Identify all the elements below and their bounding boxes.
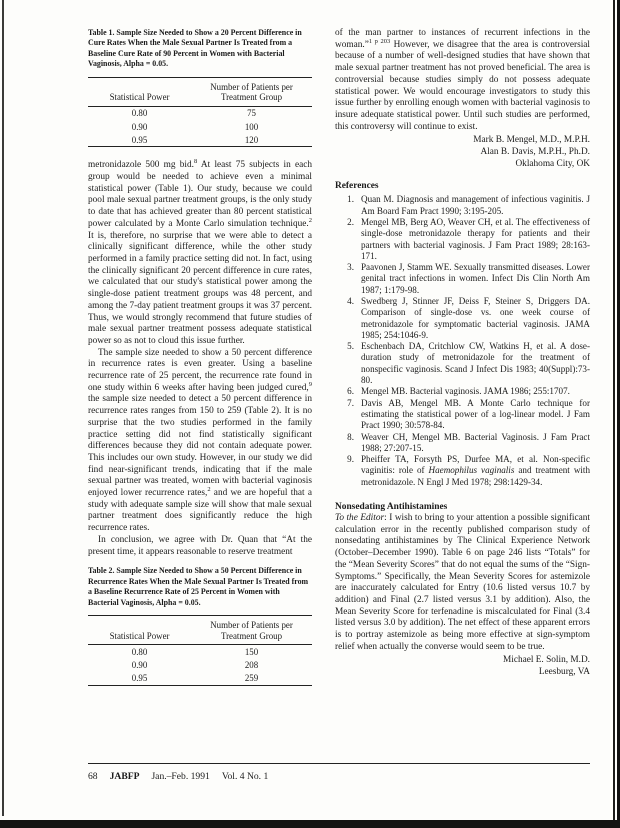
references-heading: References — [335, 180, 590, 192]
table-row: 0.80 75 — [88, 106, 312, 120]
letter-1-signature: Mark B. Mengel, M.D., M.P.H. Alan B. Dav… — [335, 134, 590, 170]
table-1-cell: 0.90 — [88, 120, 191, 133]
table-2-cell: 208 — [191, 658, 312, 671]
scan-edge-bottom — [0, 820, 620, 828]
reference-item: 6. Mengel MB. Bacterial vaginosis. JAMA … — [335, 386, 590, 397]
to-the-editor-lead: To the Editor — [335, 513, 384, 523]
table-row: 0.90 100 — [88, 120, 312, 133]
paragraph-text: At least 75 subjects in each group would… — [88, 160, 312, 229]
table-2-col2-header: Number of Patients per Treatment Group — [191, 615, 312, 644]
reference-number: 2. — [339, 217, 354, 262]
paragraph-text: The sample size needed to show a 50 perc… — [88, 348, 312, 393]
scan-edge-right — [613, 0, 620, 820]
reference-item: 9. Pheiffer TA, Forsyth PS, Durfee MA, e… — [335, 454, 590, 488]
signature-location: Leesburg, VA — [335, 666, 590, 678]
table-row: 0.95 120 — [88, 133, 312, 147]
reference-number: 8. — [339, 432, 354, 455]
reference-text: Swedberg J, Stinner JF, Deiss F, Steiner… — [361, 296, 590, 341]
reference-item: 7. Davis AB, Mengel MB. A Monte Carlo te… — [335, 398, 590, 432]
table-2-cell: 0.90 — [88, 658, 191, 671]
reference-number: 1. — [339, 194, 354, 217]
paragraph-text: It is, therefore, no surprise that we we… — [88, 231, 312, 346]
letter-2-signature: Michael E. Solin, M.D. Leesburg, VA — [335, 654, 590, 678]
reference-item: 5. Eschenbach DA, Critchlow CW, Watkins … — [335, 341, 590, 386]
reference-number: 5. — [339, 341, 354, 386]
reference-text: Mengel MB. Bacterial vaginosis. JAMA 198… — [361, 386, 590, 397]
table-1-col2-header: Number of Patients per Treatment Group — [191, 77, 312, 106]
table-1-cell: 100 — [191, 120, 312, 133]
table-2-cell: 0.95 — [88, 671, 191, 685]
two-column-layout: Table 1. Sample Size Needed to Show a 20… — [88, 28, 590, 699]
table-1-caption: Table 1. Sample Size Needed to Show a 20… — [88, 28, 312, 70]
reference-superscript: 9 — [309, 381, 312, 388]
letter-1-closing-paragraph: of the man partner to instances of recur… — [335, 28, 590, 133]
reference-text: Mengel MB, Berg AO, Weaver CH, et al. Th… — [361, 217, 590, 262]
table-2: Table 2. Sample Size Needed to Show a 50… — [88, 566, 312, 685]
reference-superscript: 1 p 203 — [369, 38, 390, 45]
reference-number: 4. — [339, 296, 354, 341]
letter-2-body: To the Editor: I wish to bring to your a… — [335, 513, 590, 653]
table-1-cell: 0.80 — [88, 106, 191, 120]
reference-item: 1. Quan M. Diagnosis and management of i… — [335, 194, 590, 217]
reference-text: Pheiffer TA, Forsyth PS, Durfee MA, et a… — [361, 454, 590, 488]
footer-journal-abbrev: JABFP — [110, 771, 140, 782]
species-name-italic: Haemophilus vaginalis — [429, 465, 515, 475]
table-row: 0.80 150 — [88, 645, 312, 659]
paragraph-text: the sample size needed to detect a 50 pe… — [88, 394, 312, 498]
table-2-grid: Statistical Power Number of Patients per… — [88, 615, 312, 686]
reference-item: 3. Paavonen J, Stamm WE. Sexually transm… — [335, 262, 590, 296]
table-1-cell: 0.95 — [88, 133, 191, 147]
reference-number: 7. — [339, 398, 354, 432]
table-2-caption: Table 2. Sample Size Needed to Show a 50… — [88, 566, 312, 608]
reference-item: 2. Mengel MB, Berg AO, Weaver CH, et al.… — [335, 217, 590, 262]
table-2-cell: 150 — [191, 645, 312, 659]
body-paragraph-1: metronidazole 500 mg bid.8 At least 75 s… — [88, 160, 312, 347]
table-row: 0.90 208 — [88, 658, 312, 671]
journal-page: Table 1. Sample Size Needed to Show a 20… — [0, 0, 620, 828]
body-paragraph-3: In conclusion, we agree with Dr. Quan th… — [88, 535, 312, 558]
footer-volume: Vol. 4 No. 1 — [222, 771, 268, 782]
footer-page-number: 68 — [88, 771, 98, 782]
paragraph-text: However, we disagree that the area is co… — [335, 40, 590, 132]
footer-issue-date: Jan.–Feb. 1991 — [151, 771, 209, 782]
table-row: 0.95 259 — [88, 671, 312, 685]
reference-item: 4. Swedberg J, Stinner JF, Deiss F, Stei… — [335, 296, 590, 341]
signature-name: Mark B. Mengel, M.D., M.P.H. — [335, 134, 590, 146]
body-paragraph-2: The sample size needed to show a 50 perc… — [88, 348, 312, 535]
reference-number: 3. — [339, 262, 354, 296]
page-footer: 68JABFPJan.–Feb. 1991Vol. 4 No. 1 — [88, 763, 590, 782]
reference-text: Weaver CH, Mengel MB. Bacterial Vaginosi… — [361, 432, 590, 455]
scan-edge-left — [2, 0, 4, 816]
reference-superscript: 2 — [309, 217, 312, 224]
paragraph-text: metronidazole 500 mg bid. — [88, 160, 194, 170]
signature-location: Oklahoma City, OK — [335, 158, 590, 170]
reference-number: 9. — [339, 454, 354, 488]
table-2-cell: 0.80 — [88, 645, 191, 659]
reference-text: Eschenbach DA, Critchlow CW, Watkins H, … — [361, 341, 590, 386]
table-1-grid: Statistical Power Number of Patients per… — [88, 77, 312, 148]
reference-item: 8. Weaver CH, Mengel MB. Bacterial Vagin… — [335, 432, 590, 455]
table-2-col1-header: Statistical Power — [88, 615, 191, 644]
table-1-col1-header: Statistical Power — [88, 77, 191, 106]
table-1-cell: 75 — [191, 106, 312, 120]
table-1: Table 1. Sample Size Needed to Show a 20… — [88, 28, 312, 147]
table-2-cell: 259 — [191, 671, 312, 685]
table-1-cell: 120 — [191, 133, 312, 147]
right-column: of the man partner to instances of recur… — [335, 28, 590, 699]
reference-text: Paavonen J, Stamm WE. Sexually transmitt… — [361, 262, 590, 296]
signature-name: Michael E. Solin, M.D. — [335, 654, 590, 666]
letter-2-heading: Nonsedating Antihistamines — [335, 501, 590, 513]
reference-number: 6. — [339, 386, 354, 397]
reference-text: Quan M. Diagnosis and management of infe… — [361, 194, 590, 217]
paragraph-text: : I wish to bring to your attention a po… — [335, 513, 590, 652]
signature-name: Alan B. Davis, M.P.H., Ph.D. — [335, 146, 590, 158]
left-column: Table 1. Sample Size Needed to Show a 20… — [88, 28, 312, 699]
reference-text: Davis AB, Mengel MB. A Monte Carlo techn… — [361, 398, 590, 432]
